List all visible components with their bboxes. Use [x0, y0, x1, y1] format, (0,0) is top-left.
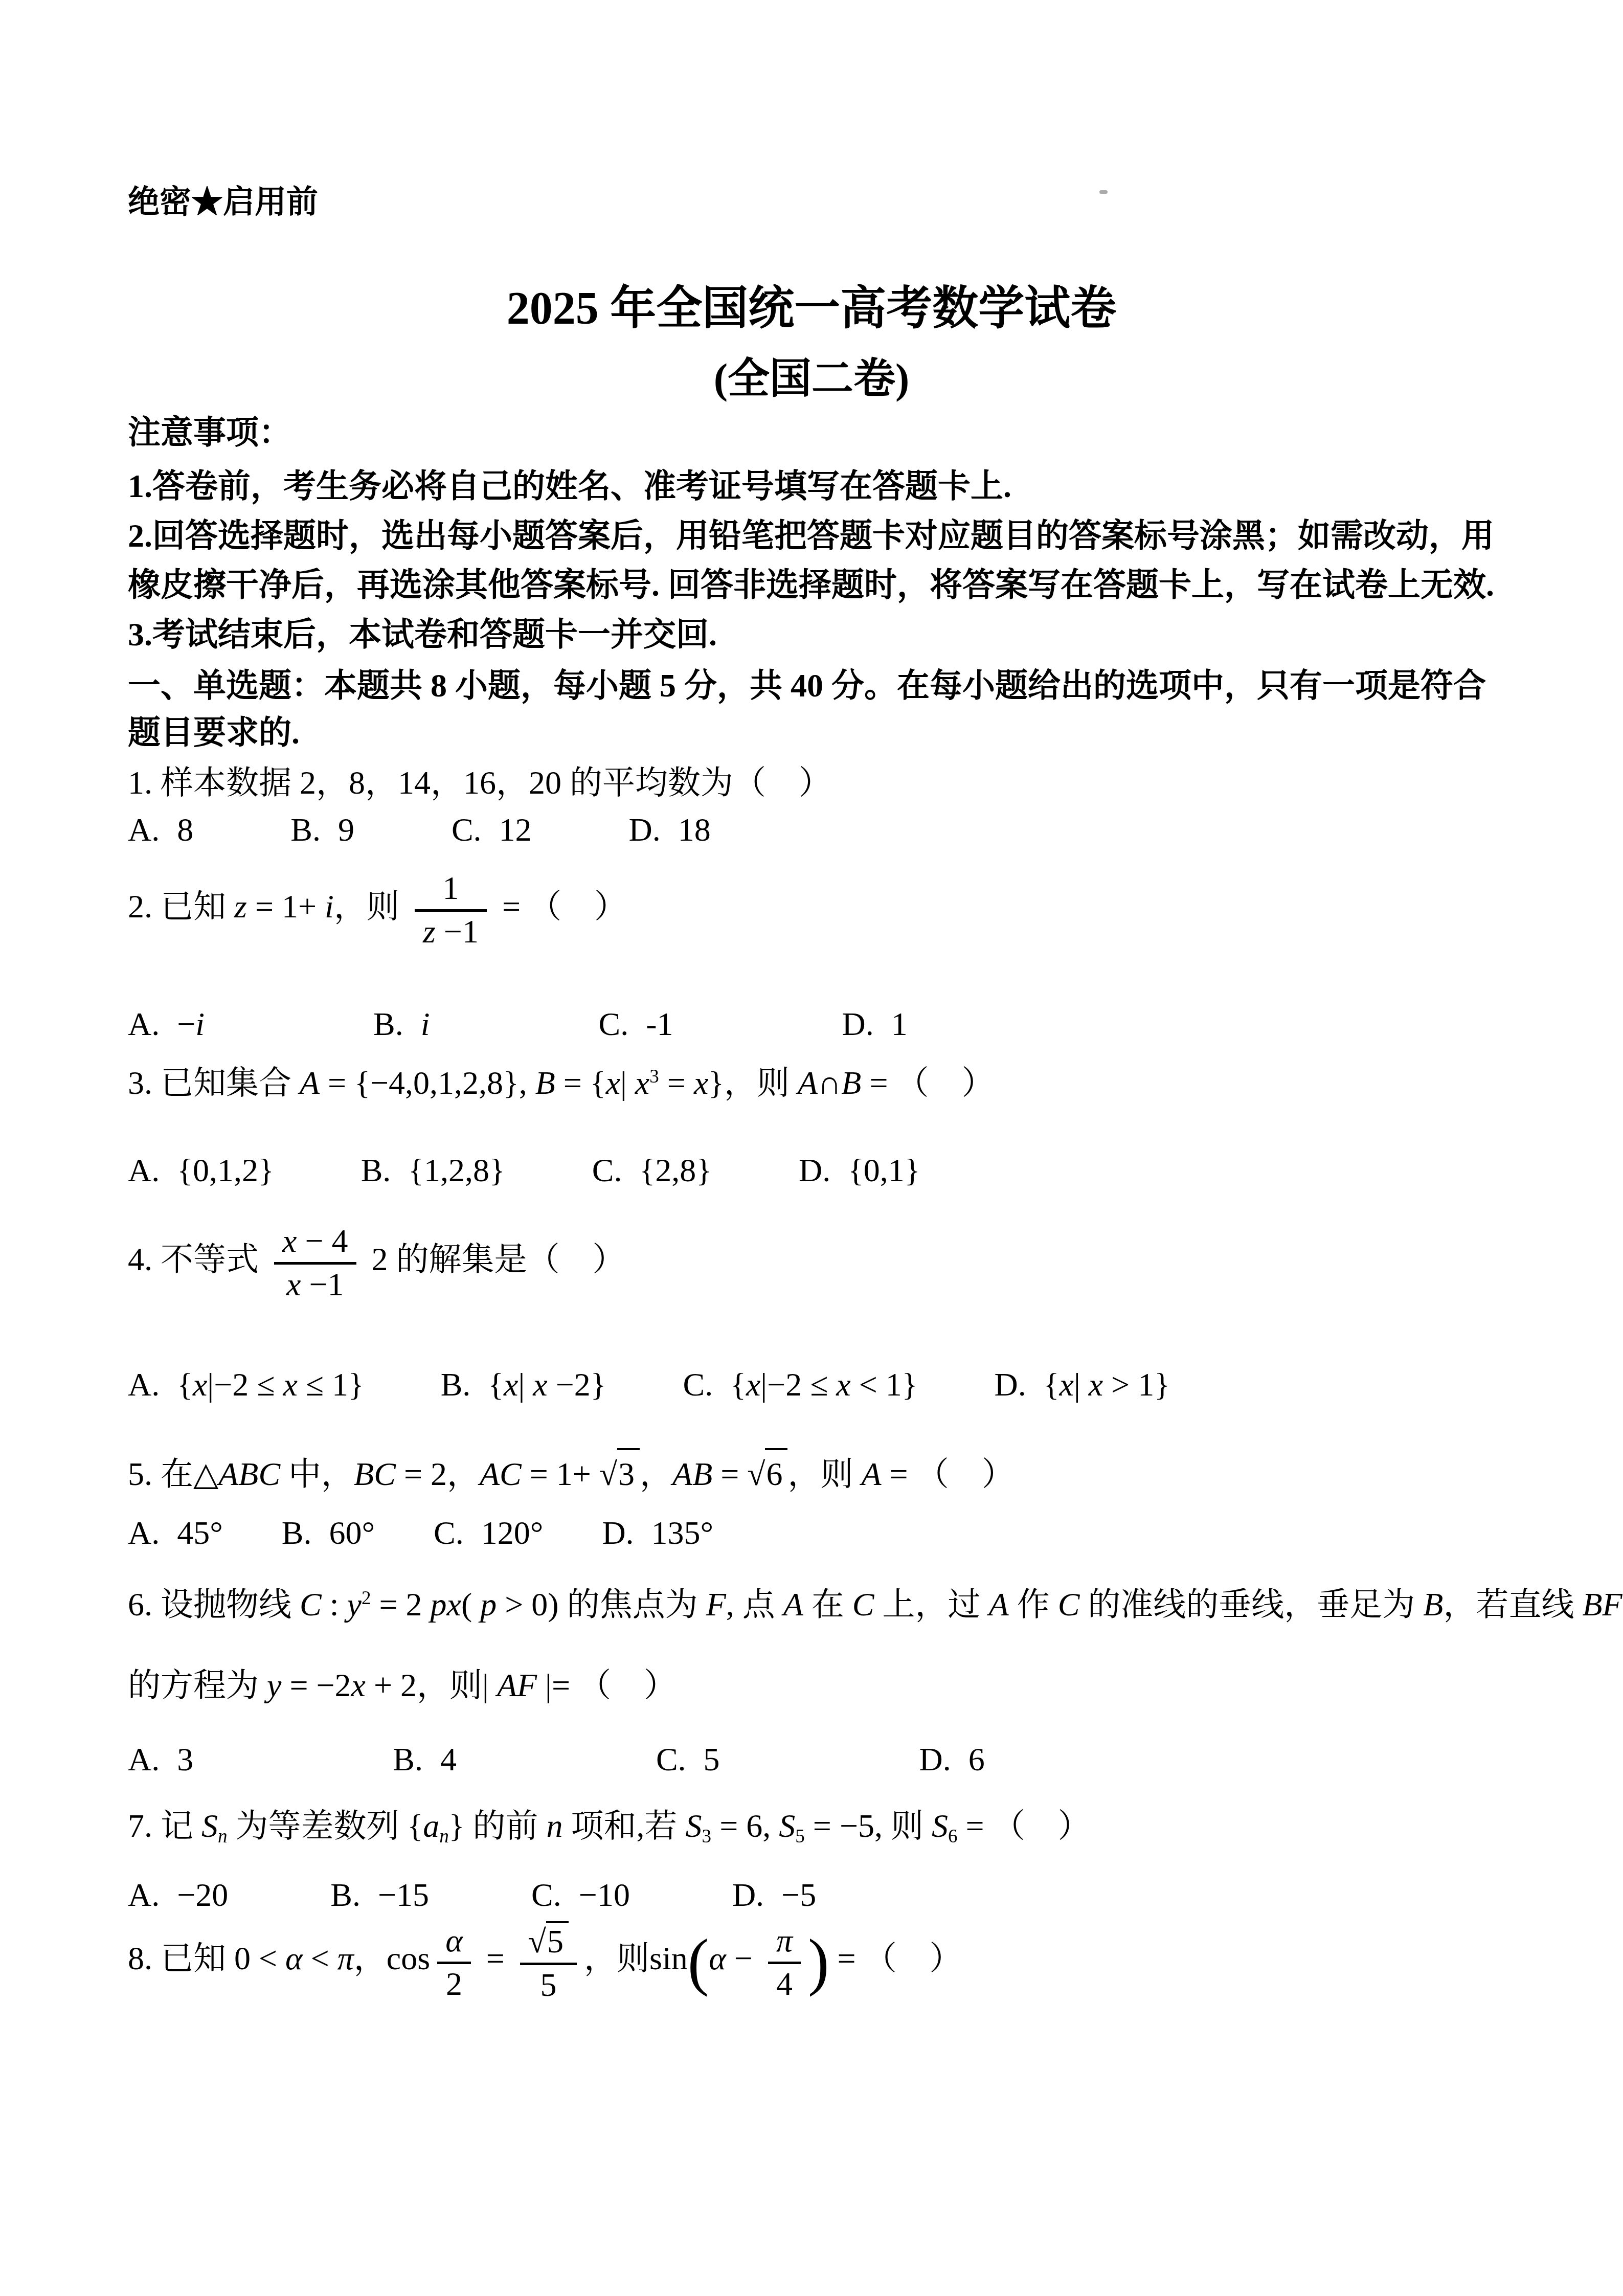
option-value: −15 — [378, 1877, 429, 1913]
option-label: D. — [995, 1366, 1026, 1403]
math-run: z = 1+ i — [234, 888, 334, 925]
option-value: 135° — [651, 1515, 714, 1551]
classification-label: 绝密★启用前 — [128, 180, 1590, 226]
question-1-options: A.8B.9C.12D.18 — [128, 806, 711, 854]
option-value: i — [421, 1006, 430, 1042]
option-value: 5 — [704, 1741, 720, 1777]
math-run: 120° — [481, 1515, 544, 1551]
exam-paper-page: 绝密★启用前 2025 年全国统一高考数学试卷 (全国二卷) 注意事项： 1.答… — [0, 0, 1623, 2296]
question-5-option-C: C.120° — [434, 1510, 543, 1557]
math-run: AB = — [672, 1456, 747, 1492]
question-1-option-C: C.12 — [452, 806, 532, 854]
question-1-option-B: B.9 — [290, 806, 354, 854]
stem-text: 上，过 — [874, 1586, 989, 1623]
question-7-options: A.−20B.−15C.−10D.−5 — [128, 1872, 816, 1919]
stem-text: 的方程为 — [128, 1667, 267, 1703]
math-run: | AF |= — [482, 1667, 578, 1703]
math-run: 4 — [440, 1741, 457, 1777]
option-label: A. — [128, 1741, 160, 1777]
question-5-option-D: D.135° — [602, 1510, 713, 1557]
stem-text: ， — [447, 1456, 480, 1492]
stem-text: ，则 — [724, 1065, 798, 1101]
question-8-stem-line-1: 8. 已知 0 < α < π，cosα2 = √55，则sin(α − π4)… — [128, 1920, 1590, 2004]
option-label: D. — [919, 1741, 951, 1777]
option-value: −10 — [579, 1877, 630, 1913]
option-label: C. — [683, 1366, 713, 1403]
option-label: A. — [128, 812, 160, 848]
math-run: {a — [408, 1808, 440, 1844]
option-value: {x|−2 ≤ x ≤ 1} — [177, 1366, 364, 1403]
math-run: A∩B = — [798, 1065, 896, 1101]
question-4-options: A.{x|−2 ≤ x ≤ 1}B.{x| x −2}C.{x|−2 ≤ x <… — [128, 1361, 1170, 1409]
math-run: BC = 2 — [354, 1456, 447, 1492]
stem-text: , 点 — [726, 1586, 783, 1623]
stem-text: 在 — [803, 1586, 852, 1623]
option-value: −5 — [781, 1877, 816, 1913]
stem-text: （ ） — [896, 1065, 995, 1101]
math-run: y = −2x + 2 — [267, 1667, 417, 1703]
math-run: 6 — [968, 1741, 985, 1777]
stem-text: 的前 — [465, 1808, 547, 1844]
question-5-stem-line-1: 5. 在△ABC 中，BC = 2，AC = 1+ √3，AB = √6，则 A… — [128, 1448, 1590, 1498]
question-3-option-D: D.{0,1} — [799, 1147, 920, 1195]
notice-item-2-line-2: 橡皮擦干净后，再选涂其他答案标号. 回答非选择题时，将答案写在答题卡上，写在试卷… — [128, 561, 1590, 609]
stem-text: 5. 在 — [128, 1456, 193, 1492]
option-label: C. — [592, 1152, 622, 1188]
math-run: {2,8} — [639, 1152, 711, 1188]
question-2-stem-line-1: 2. 已知 z = 1+ i，则 1z −1 = （ ） — [128, 869, 1590, 950]
question-6-option-D: D.6 — [919, 1736, 985, 1784]
math-subscript: 5 — [795, 1826, 805, 1847]
question-2-options: A.−iB.iC.-1D.1 — [128, 1001, 908, 1048]
math-run: B — [1423, 1586, 1443, 1623]
question-6-stem-line-2: 的方程为 y = −2x + 2，则| AF |= （ ） — [128, 1662, 1590, 1709]
stem-text: （ ） — [529, 888, 627, 925]
option-value: 12 — [499, 812, 532, 848]
option-value: 3 — [177, 1741, 193, 1777]
math-run: A = — [853, 1456, 916, 1492]
stem-text: 则 — [883, 1808, 932, 1844]
math-run: = — [478, 1940, 513, 1976]
math-fraction: x − 4x −1 — [274, 1222, 356, 1303]
option-label: C. — [599, 1006, 629, 1042]
section-heading-line-1: 一、单选题：本题共 8 小题，每小题 5 分，共 40 分。在每小题给出的选项中… — [128, 662, 1590, 710]
question-5-options: A.45°B.60°C.120°D.135° — [128, 1510, 713, 1557]
question-7-option-C: C.−10 — [531, 1872, 630, 1919]
math-run: C — [1058, 1586, 1080, 1623]
stem-text: 8. 已知 — [128, 1940, 234, 1976]
math-run: = x} — [659, 1065, 724, 1101]
question-6-option-B: B.4 — [393, 1736, 457, 1784]
math-run: C — [852, 1586, 874, 1623]
math-function-name: cos — [387, 1940, 430, 1976]
question-2-option-C: C.-1 — [599, 1001, 673, 1048]
math-run: 8 — [177, 812, 193, 848]
option-label: B. — [441, 1366, 471, 1403]
option-label: C. — [452, 812, 482, 848]
math-run: α − — [709, 1940, 761, 1976]
option-label: C. — [531, 1877, 561, 1913]
option-label: B. — [373, 1006, 403, 1042]
question-2-option-D: D.1 — [842, 1001, 908, 1048]
stem-text: 4. 不等式 — [128, 1241, 267, 1277]
stem-text: 6. 设抛物线 — [128, 1586, 300, 1623]
stem-text: ，则 — [417, 1667, 482, 1703]
stem-text: ，则 — [334, 888, 408, 925]
math-run: 2 — [364, 1241, 396, 1277]
question-3-option-C: C.{2,8} — [592, 1147, 712, 1195]
stem-text: ，则 — [787, 1456, 853, 1492]
math-run: = 6, S — [711, 1808, 795, 1844]
option-label: A. — [128, 1366, 160, 1403]
option-value: −i — [177, 1006, 205, 1042]
question-4-option-D: D.{x| x > 1} — [995, 1361, 1170, 1409]
question-3-stem-line-1: 3. 已知集合 A = {−4,0,1,2,8}, B = {x| x3 = x… — [128, 1060, 1590, 1107]
stem-text: 作 — [1009, 1586, 1058, 1623]
stem-text: 的焦点为 — [567, 1586, 706, 1623]
math-run: {x|−2 ≤ x < 1} — [730, 1366, 917, 1403]
math-run: = — [494, 888, 529, 925]
option-label: B. — [393, 1741, 423, 1777]
math-run: 0 < α < π — [234, 1940, 354, 1976]
option-label: D. — [799, 1152, 830, 1188]
notice-item-3: 3.考试结束后，本试卷和答题卡一并交回. — [128, 611, 1590, 659]
question-4-option-C: C.{x|−2 ≤ x < 1} — [683, 1361, 917, 1409]
section-heading-line-2: 题目要求的. — [128, 709, 1590, 757]
math-function-name: sin — [649, 1940, 688, 1976]
math-run: n — [547, 1808, 563, 1844]
option-value: -1 — [646, 1006, 673, 1042]
notice-item-2-line-1: 2.回答选择题时，选出每小题答案后，用铅笔把答题卡对应题目的答案标号涂黑；如需改… — [128, 512, 1590, 560]
math-run: {x|−2 ≤ x ≤ 1} — [177, 1366, 364, 1403]
math-run: BF — [1582, 1586, 1622, 1623]
math-fraction: √55 — [520, 1920, 577, 2004]
option-value: 60° — [329, 1515, 375, 1551]
math-fraction: 1z −1 — [415, 869, 487, 950]
option-label: D. — [602, 1515, 634, 1551]
question-1-option-D: D.18 — [629, 806, 711, 854]
math-run: 9 — [338, 812, 354, 848]
question-3-option-B: B.{1,2,8} — [361, 1147, 505, 1195]
option-value: 4 — [440, 1741, 457, 1777]
stem-text: 中， — [280, 1456, 354, 1492]
question-6-stem-line-1: 6. 设抛物线 C : y2 = 2 px( p > 0) 的焦点为 F, 点 … — [128, 1581, 1590, 1629]
stem-text: ，则 — [584, 1940, 649, 1976]
stem-text: （ ） — [993, 1808, 1091, 1844]
option-label: D. — [842, 1006, 874, 1042]
math-superscript: 2 — [362, 1588, 371, 1609]
math-run: −15 — [378, 1877, 429, 1913]
option-value: 1 — [891, 1006, 908, 1042]
question-7-option-A: A.−20 — [128, 1872, 228, 1919]
math-run: 12 — [499, 812, 532, 848]
math-run: = 2 px( p > 0) — [371, 1586, 567, 1623]
option-value: {0,1,2} — [177, 1152, 274, 1188]
option-value: 6 — [968, 1741, 985, 1777]
option-label: A. — [128, 1152, 160, 1188]
math-subscript: n — [439, 1826, 449, 1847]
question-3-options: A.{0,1,2}B.{1,2,8}C.{2,8}D.{0,1} — [128, 1147, 920, 1195]
stem-text: ， — [354, 1940, 387, 1976]
stem-text: （ ） — [916, 1456, 1015, 1492]
math-run: 45° — [177, 1515, 223, 1551]
option-value: {x| x −2} — [488, 1366, 606, 1403]
math-run: 135° — [651, 1515, 714, 1551]
stem-text: ，若直线 — [1443, 1586, 1582, 1623]
question-2-option-A: A.−i — [128, 1001, 205, 1048]
math-run: S — [201, 1808, 218, 1844]
stem-text: （ ） — [578, 1667, 677, 1703]
math-run: {1,2,8} — [408, 1152, 505, 1188]
option-value: {0,1} — [848, 1152, 920, 1188]
page-title: 2025 年全国统一高考数学试卷 — [0, 280, 1623, 338]
question-4-stem-line-1: 4. 不等式 x − 4x −1 2 的解集是（ ） — [128, 1222, 1590, 1303]
math-subscript: 3 — [702, 1826, 712, 1847]
math-run: 5 — [704, 1741, 720, 1777]
math-run: } — [449, 1808, 465, 1844]
math-run: C : y — [300, 1586, 362, 1623]
question-1-option-A: A.8 — [128, 806, 193, 854]
option-label: B. — [282, 1515, 312, 1551]
question-6-options: A.3B.4C.5D.6 — [128, 1736, 985, 1784]
math-run: S — [686, 1808, 702, 1844]
question-7-option-B: B.−15 — [330, 1872, 429, 1919]
math-run: {x| x > 1} — [1044, 1366, 1170, 1403]
math-run: −20 — [177, 1877, 228, 1913]
stem-text: 3. 已知集合 — [128, 1065, 300, 1101]
math-run: = — [958, 1808, 993, 1844]
question-7-option-D: D.−5 — [732, 1872, 816, 1919]
math-run: A — [783, 1586, 803, 1623]
math-run: A — [989, 1586, 1009, 1623]
math-run: {0,1,2} — [177, 1152, 274, 1188]
page-subtitle: (全国二卷) — [0, 353, 1623, 406]
stem-text: （ ） — [864, 1940, 962, 1976]
option-value: {x| x > 1} — [1044, 1366, 1170, 1403]
math-run: −i — [177, 1006, 205, 1042]
math-run: 60° — [329, 1515, 375, 1551]
math-run: {x| x −2} — [488, 1366, 606, 1403]
stem-text: ， — [640, 1456, 672, 1492]
math-subscript: 6 — [948, 1826, 958, 1847]
stem-text: 为等差数列 — [228, 1808, 408, 1844]
math-run: = −5, — [805, 1808, 883, 1844]
option-value: {x|−2 ≤ x < 1} — [730, 1366, 917, 1403]
big-parenthesis: ( — [688, 1930, 709, 1994]
math-run: 18 — [678, 812, 711, 848]
question-4-option-B: B.{x| x −2} — [441, 1361, 606, 1409]
option-label: C. — [656, 1741, 686, 1777]
question-5-option-B: B.60° — [282, 1510, 375, 1557]
option-label: B. — [330, 1877, 360, 1913]
stem-text: 项和,若 — [563, 1808, 686, 1844]
math-subscript: n — [218, 1826, 228, 1847]
option-value: {2,8} — [639, 1152, 711, 1188]
option-label: B. — [361, 1152, 391, 1188]
option-label: B. — [290, 812, 321, 848]
question-6-option-C: C.5 — [656, 1736, 720, 1784]
option-label: C. — [434, 1515, 464, 1551]
math-run: AC = 1+ — [480, 1456, 599, 1492]
option-value: −20 — [177, 1877, 228, 1913]
question-3-option-A: A.{0,1,2} — [128, 1147, 274, 1195]
stem-text: 的解集是（ ） — [396, 1241, 625, 1277]
question-1-stem-line-1: 1. 样本数据 2，8，14，16，20 的平均数为（ ） — [128, 759, 1590, 807]
stem-text: 2. 已知 — [128, 888, 234, 925]
stem-text: 7. 记 — [128, 1808, 201, 1844]
option-label: A. — [128, 1006, 160, 1042]
option-value: 18 — [678, 812, 711, 848]
math-run: A = {−4,0,1,2,8}, B = {x| x — [300, 1065, 649, 1101]
math-sqrt: √3 — [599, 1456, 640, 1492]
math-run: −5 — [781, 1877, 816, 1913]
question-4-option-A: A.{x|−2 ≤ x ≤ 1} — [128, 1361, 364, 1409]
notice-heading: 注意事项： — [128, 409, 1590, 457]
question-5-option-A: A.45° — [128, 1510, 223, 1557]
option-label: A. — [128, 1515, 160, 1551]
math-run: i — [421, 1006, 430, 1042]
math-run: S — [932, 1808, 948, 1844]
big-parenthesis: ) — [808, 1930, 829, 1994]
math-run: F — [706, 1586, 726, 1623]
scan-artifact — [1099, 190, 1108, 194]
option-label: A. — [128, 1877, 160, 1913]
math-run: 3 — [177, 1741, 193, 1777]
math-sqrt: √6 — [747, 1456, 787, 1492]
math-fraction: α2 — [437, 1922, 471, 2002]
math-run: △ABC — [193, 1456, 280, 1492]
option-value: 9 — [338, 812, 354, 848]
math-run: -1 — [646, 1006, 673, 1042]
math-run: = — [829, 1940, 864, 1976]
math-superscript: 3 — [649, 1066, 659, 1087]
option-label: D. — [732, 1877, 764, 1913]
question-2-option-B: B.i — [373, 1001, 430, 1048]
question-7-stem-line-1: 7. 记 Sn 为等差数列 {an} 的前 n 项和,若 S3 = 6, S5 … — [128, 1803, 1590, 1850]
math-run: 1 — [891, 1006, 908, 1042]
notice-item-1: 1.答卷前，考生务必将自己的姓名、准考证号填写在答题卡上. — [128, 463, 1590, 510]
stem-text: 的准线的垂线，垂足为 — [1079, 1586, 1423, 1623]
option-value: 8 — [177, 812, 193, 848]
option-label: D. — [629, 812, 661, 848]
math-fraction: π4 — [768, 1922, 801, 2002]
math-run: {0,1} — [848, 1152, 920, 1188]
option-value: 120° — [481, 1515, 544, 1551]
math-run: −10 — [579, 1877, 630, 1913]
question-6-option-A: A.3 — [128, 1736, 193, 1784]
option-value: {1,2,8} — [408, 1152, 505, 1188]
stem-text: 1. 样本数据 2，8，14，16，20 的平均数为（ ） — [128, 764, 831, 801]
option-value: 45° — [177, 1515, 223, 1551]
